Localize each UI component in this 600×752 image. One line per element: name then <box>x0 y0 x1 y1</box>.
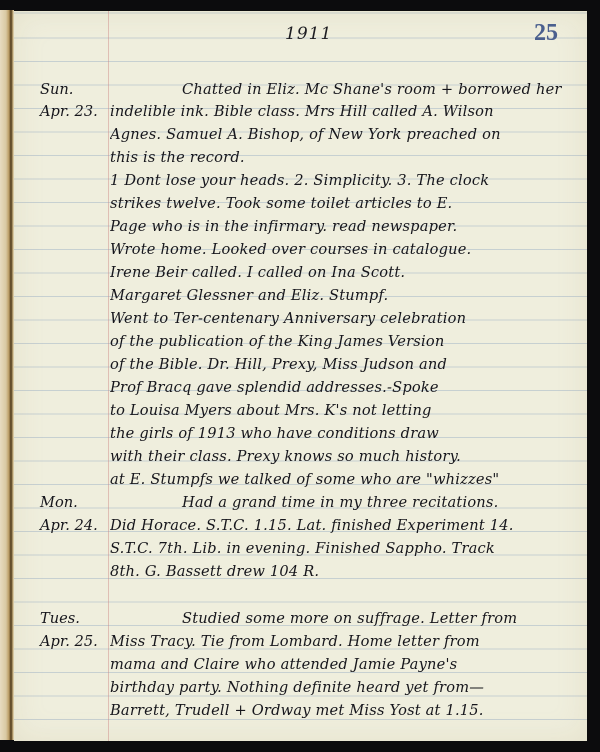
entry-line: Had a grand time in my three recitations… <box>110 491 590 514</box>
entry-line: with their class. Prexy knows so much hi… <box>110 445 590 468</box>
entry-line: 1 Dont lose your heads. 2. Simplicity. 3… <box>110 169 590 192</box>
entry-line: Page who is in the infirmary. read newsp… <box>110 215 590 238</box>
entry-line: Agnes. Samuel A. Bishop, of New York pre… <box>110 123 590 146</box>
entry-day-tues: Tues. <box>40 607 110 630</box>
entry-line: birthday party. Nothing definite heard y… <box>110 676 590 699</box>
entry-line: the girls of 1913 who have conditions dr… <box>110 422 590 445</box>
page-number: 25 <box>534 20 558 47</box>
entry-line: mama and Claire who attended Jamie Payne… <box>110 653 590 676</box>
entry-line: 8th. G. Bassett drew 104 R. <box>110 560 590 583</box>
entry-line: of the Bible. Dr. Hill, Prexy, Miss Juds… <box>110 353 590 376</box>
entry-line: Irene Beir called. I called on Ina Scott… <box>110 261 590 284</box>
entry-date-apr-25: Apr. 25. <box>40 630 110 653</box>
entry-line: Wrote home. Looked over courses in catal… <box>110 238 590 261</box>
entry-line: Prof Bracq gave splendid addresses.-Spok… <box>110 376 590 399</box>
entry-day-mon: Mon. <box>40 491 110 514</box>
page-year-heading: 1911 <box>285 24 332 44</box>
entry-line: Studied some more on suffrage. Letter fr… <box>110 607 590 630</box>
entry-line: strikes twelve. Took some toilet article… <box>110 192 590 215</box>
entry-line: S.T.C. 7th. Lib. in evening. Finished Sa… <box>110 537 590 560</box>
entry-line: Went to Ter-centenary Anniversary celebr… <box>110 307 590 330</box>
entry-date-apr-23: Apr. 23. <box>40 100 110 123</box>
entry-line: Barrett, Trudell + Ordway met Miss Yost … <box>110 699 590 722</box>
entry-line: Chatted in Eliz. Mc Shane's room + borro… <box>110 78 590 101</box>
entry-line: this is the record. <box>110 146 590 169</box>
entry-line: at E. Stumpfs we talked of some who are … <box>110 468 590 491</box>
entry-line: Margaret Glessner and Eliz. Stumpf. <box>110 284 590 307</box>
book-binding-edge <box>0 10 14 740</box>
entry-line: to Louisa Myers about Mrs. K's not letti… <box>110 399 590 422</box>
entry-date-apr-24: Apr. 24. <box>40 514 110 537</box>
entry-line: Miss Tracy. Tie from Lombard. Home lette… <box>110 630 590 653</box>
entry-line: indelible ink. Bible class. Mrs Hill cal… <box>110 100 590 123</box>
entry-line: Did Horace. S.T.C. 1.15. Lat. finished E… <box>110 514 590 537</box>
entry-day-sun: Sun. <box>40 78 110 101</box>
entry-line: of the publication of the King James Ver… <box>110 330 590 353</box>
